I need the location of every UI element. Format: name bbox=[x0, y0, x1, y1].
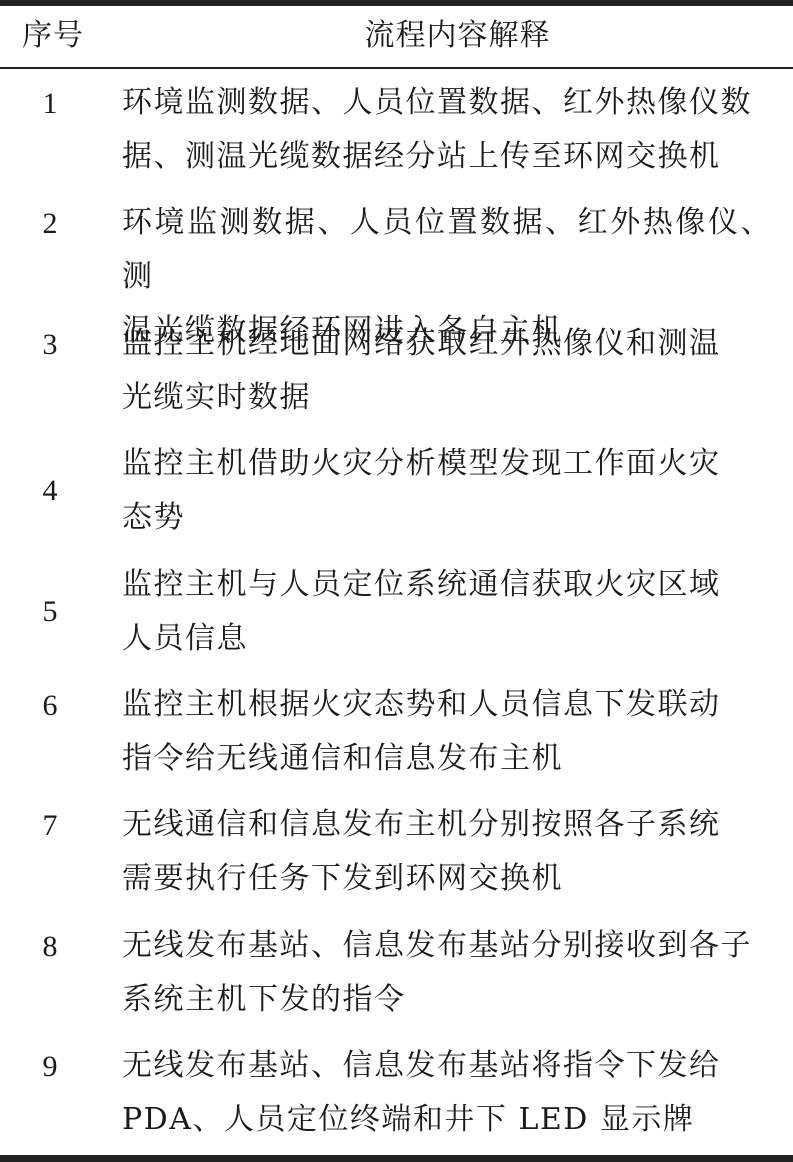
table-row: 9 无线发布基站、信息发布基站将指令下发给PDA、人员定位终端和井下 LED 显… bbox=[0, 1037, 793, 1157]
row-content: 监控主机借助火灾分析模型发现工作面火灾态势 bbox=[122, 437, 772, 545]
row-content: 监控主机与人员定位系统通信获取火灾区域人员信息 bbox=[122, 558, 772, 666]
row-content-line: 监控主机经地面网络获取红外热像仪和测温 bbox=[122, 326, 721, 361]
table-body: 1 环境监测数据、人员位置数据、红外热像仪数据、测温光缆数据经分站上传至环网交换… bbox=[0, 74, 793, 1158]
header-number: 序号 bbox=[22, 18, 84, 54]
row-content: 无线发布基站、信息发布基站将指令下发给PDA、人员定位终端和井下 LED 显示牌 bbox=[122, 1039, 772, 1147]
table-row: 7 无线通信和信息发布主机分别按照各子系统需要执行任务下发到环网交换机 bbox=[0, 796, 793, 916]
row-content-line: 态势 bbox=[122, 500, 185, 535]
row-content: 无线通信和信息发布主机分别按照各子系统需要执行任务下发到环网交换机 bbox=[122, 798, 772, 906]
row-content-line: 无线发布基站、信息发布基站将指令下发给 bbox=[122, 1048, 721, 1083]
row-content-line: 光缆实时数据 bbox=[122, 380, 311, 415]
row-number: 6 bbox=[38, 690, 62, 722]
row-content-line: 人员信息 bbox=[122, 621, 248, 656]
row-number: 1 bbox=[38, 88, 62, 120]
row-number: 5 bbox=[38, 596, 62, 628]
row-content-line: 监控主机借助火灾分析模型发现工作面火灾 bbox=[122, 446, 721, 481]
row-content-line: PDA、人员定位终端和井下 LED 显示牌 bbox=[122, 1102, 694, 1137]
row-content-line: 环境监测数据、人员位置数据、红外热像仪数 bbox=[122, 85, 752, 120]
table-row: 4 监控主机借助火灾分析模型发现工作面火灾态势 bbox=[0, 435, 793, 555]
table-row: 1 环境监测数据、人员位置数据、红外热像仪数据、测温光缆数据经分站上传至环网交换… bbox=[0, 74, 793, 194]
table-row: 2 环境监测数据、人员位置数据、红外热像仪、测温光缆数据经环网进入各自主机 bbox=[0, 194, 793, 314]
row-number: 7 bbox=[38, 810, 62, 842]
row-content-line: 监控主机与人员定位系统通信获取火灾区域 bbox=[122, 567, 721, 602]
row-number: 4 bbox=[38, 475, 62, 507]
table-row: 5 监控主机与人员定位系统通信获取火灾区域人员信息 bbox=[0, 556, 793, 676]
row-content-line: 系统主机下发的指令 bbox=[122, 982, 406, 1017]
header-content: 流程内容解释 bbox=[122, 18, 793, 54]
row-number: 9 bbox=[38, 1051, 62, 1083]
row-content: 无线发布基站、信息发布基站分别接收到各子系统主机下发的指令 bbox=[122, 919, 772, 1027]
table-bottom-rule bbox=[0, 1155, 793, 1162]
table-header-rule bbox=[0, 67, 793, 69]
row-number: 8 bbox=[38, 931, 62, 963]
table-header: 序号 流程内容解释 bbox=[0, 6, 793, 67]
row-content: 监控主机经地面网络获取红外热像仪和测温光缆实时数据 bbox=[122, 317, 772, 425]
table-row: 8 无线发布基站、信息发布基站分别接收到各子系统主机下发的指令 bbox=[0, 917, 793, 1037]
row-content-line: 监控主机根据火灾态势和人员信息下发联动 bbox=[122, 687, 721, 722]
row-content: 环境监测数据、人员位置数据、红外热像仪数据、测温光缆数据经分站上传至环网交换机 bbox=[122, 76, 772, 184]
row-content-line: 指令给无线通信和信息发布主机 bbox=[122, 741, 563, 776]
row-number: 3 bbox=[38, 329, 62, 361]
table-row: 3 监控主机经地面网络获取红外热像仪和测温光缆实时数据 bbox=[0, 315, 793, 435]
row-number: 2 bbox=[38, 208, 62, 240]
row-content-line: 无线通信和信息发布主机分别按照各子系统 bbox=[122, 807, 721, 842]
row-content: 监控主机根据火灾态势和人员信息下发联动指令给无线通信和信息发布主机 bbox=[122, 678, 772, 786]
row-content-line: 无线发布基站、信息发布基站分别接收到各子 bbox=[122, 928, 752, 963]
row-content-line: 据、测温光缆数据经分站上传至环网交换机 bbox=[122, 139, 721, 174]
table-row: 6 监控主机根据火灾态势和人员信息下发联动指令给无线通信和信息发布主机 bbox=[0, 676, 793, 796]
row-content-line: 需要执行任务下发到环网交换机 bbox=[122, 861, 563, 896]
row-content-line: 环境监测数据、人员位置数据、红外热像仪、测 bbox=[122, 205, 772, 294]
